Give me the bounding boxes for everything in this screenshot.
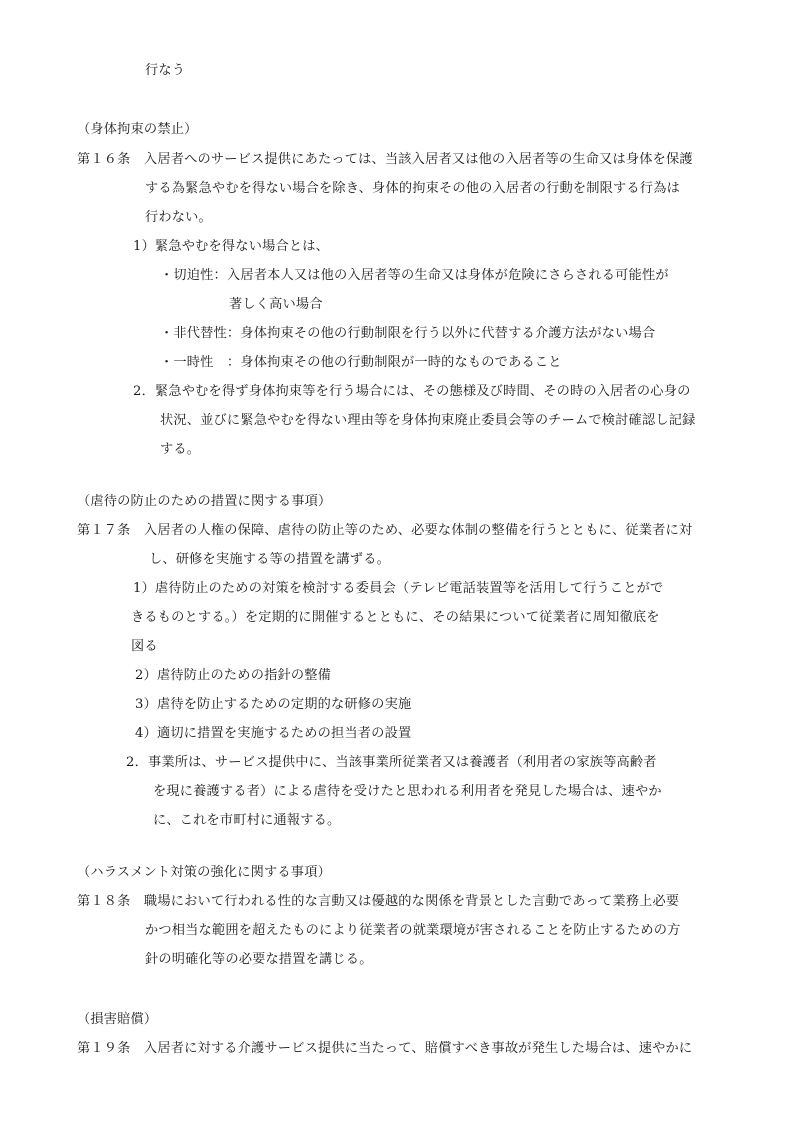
article-16-para-2-line-3: する。 (160, 442, 200, 458)
article-18-line-1: 第１８条 職場において行われる性的な言動又は優越的な関係を背景とした言動であって… (77, 894, 679, 910)
article-18-line-3: 針の明確化等の必要な措置を講じる。 (145, 952, 373, 968)
article-17-line-1: 第１７条 入居者の人権の保障、虐待の防止等のため、必要な体制の整備を行うとともに… (77, 523, 692, 539)
article-16-bullet-urgency-cont: 著しく高い場合 (229, 297, 323, 313)
article-17-item-2: 2）虐待防止のための指針の整備 (135, 668, 331, 684)
section-heading-harassment: （ハラスメント対策の強化に関する事項） (77, 865, 331, 881)
article-17-item-1-line-1: 1）虐待防止のための対策を検討する委員会（テレビ電話装置等を活用して行うことがで (133, 581, 663, 597)
article-18-line-2: かつ相当な範囲を超えたものにより従業者の就業環境が害されることを防止するための方 (145, 923, 681, 939)
article-17-para-2-line-1: 2．事業所は、サービス提供中に、当該事業所従業者又は養護者（利用者の家族等高齢者 (126, 755, 657, 771)
section-heading-abuse-prevention: （虐待の防止のための措置に関する事項） (77, 494, 331, 510)
section-heading-damages: （損害賠償） (77, 1012, 157, 1028)
continuation-line: 行なう (145, 63, 185, 79)
article-17-item-1-line-2: きるものとする。）を定期的に開催するとともに、その結果について従業者に周知徹底を (131, 610, 660, 626)
article-16-para-2-line-1: 2．緊急やむを得ず身体拘束等を行う場合には、その態様及び時間、その時の入居者の心… (133, 384, 690, 400)
section-heading-restraint: （身体拘束の禁止） (77, 122, 198, 138)
article-16-line-1: 第１６条 入居者へのサービス提供にあたっては、当該入居者又は他の入居者等の生命又… (77, 152, 693, 168)
article-17-item-4: 4）適切に措置を実施するための担当者の設置 (135, 726, 411, 742)
article-17-para-2-line-2: を現に養護する者）による虐待を受けたと思われる利用者を発見した場合は、速やか (153, 784, 662, 800)
article-16-line-2: する為緊急やむを得ない場合を除き、身体的拘束その他の入居者の行動を制限する行為は (145, 181, 680, 197)
article-17-para-2-line-3: に、これを市町村に通報する。 (153, 813, 340, 829)
article-17-line-2: し、研修を実施する等の措置を講ずる。 (149, 552, 390, 568)
article-17-item-1-line-3: 図る (131, 639, 158, 655)
article-16-para-2-line-2: 状況、並びに緊急やむを得ない理由等を身体拘束廃止委員会等のチームで検討確認し記録 (160, 413, 696, 429)
article-16-item-1: 1）緊急やむを得ない場合とは、 (133, 239, 329, 255)
article-16-bullet-urgency: ・切迫性：入居者本人又は他の入居者等の生命又は身体が危険にさらされる可能性が (160, 268, 669, 284)
article-17-item-3: 3）虐待を防止するための定期的な研修の実施 (135, 697, 411, 713)
article-16-bullet-temporariness: ・一時性 ：身体拘束その他の行動制限が一時的なものであること (160, 355, 562, 371)
article-16-line-3: 行わない。 (145, 210, 212, 226)
article-16-bullet-irreplaceability: ・非代替性：身体拘束その他の行動制限を行う以外に代替する介護方法がない場合 (160, 326, 655, 342)
article-19-line-1: 第１９条 入居者に対する介護サービス提供に当たって、賠償すべき事故が発生した場合… (77, 1041, 692, 1057)
